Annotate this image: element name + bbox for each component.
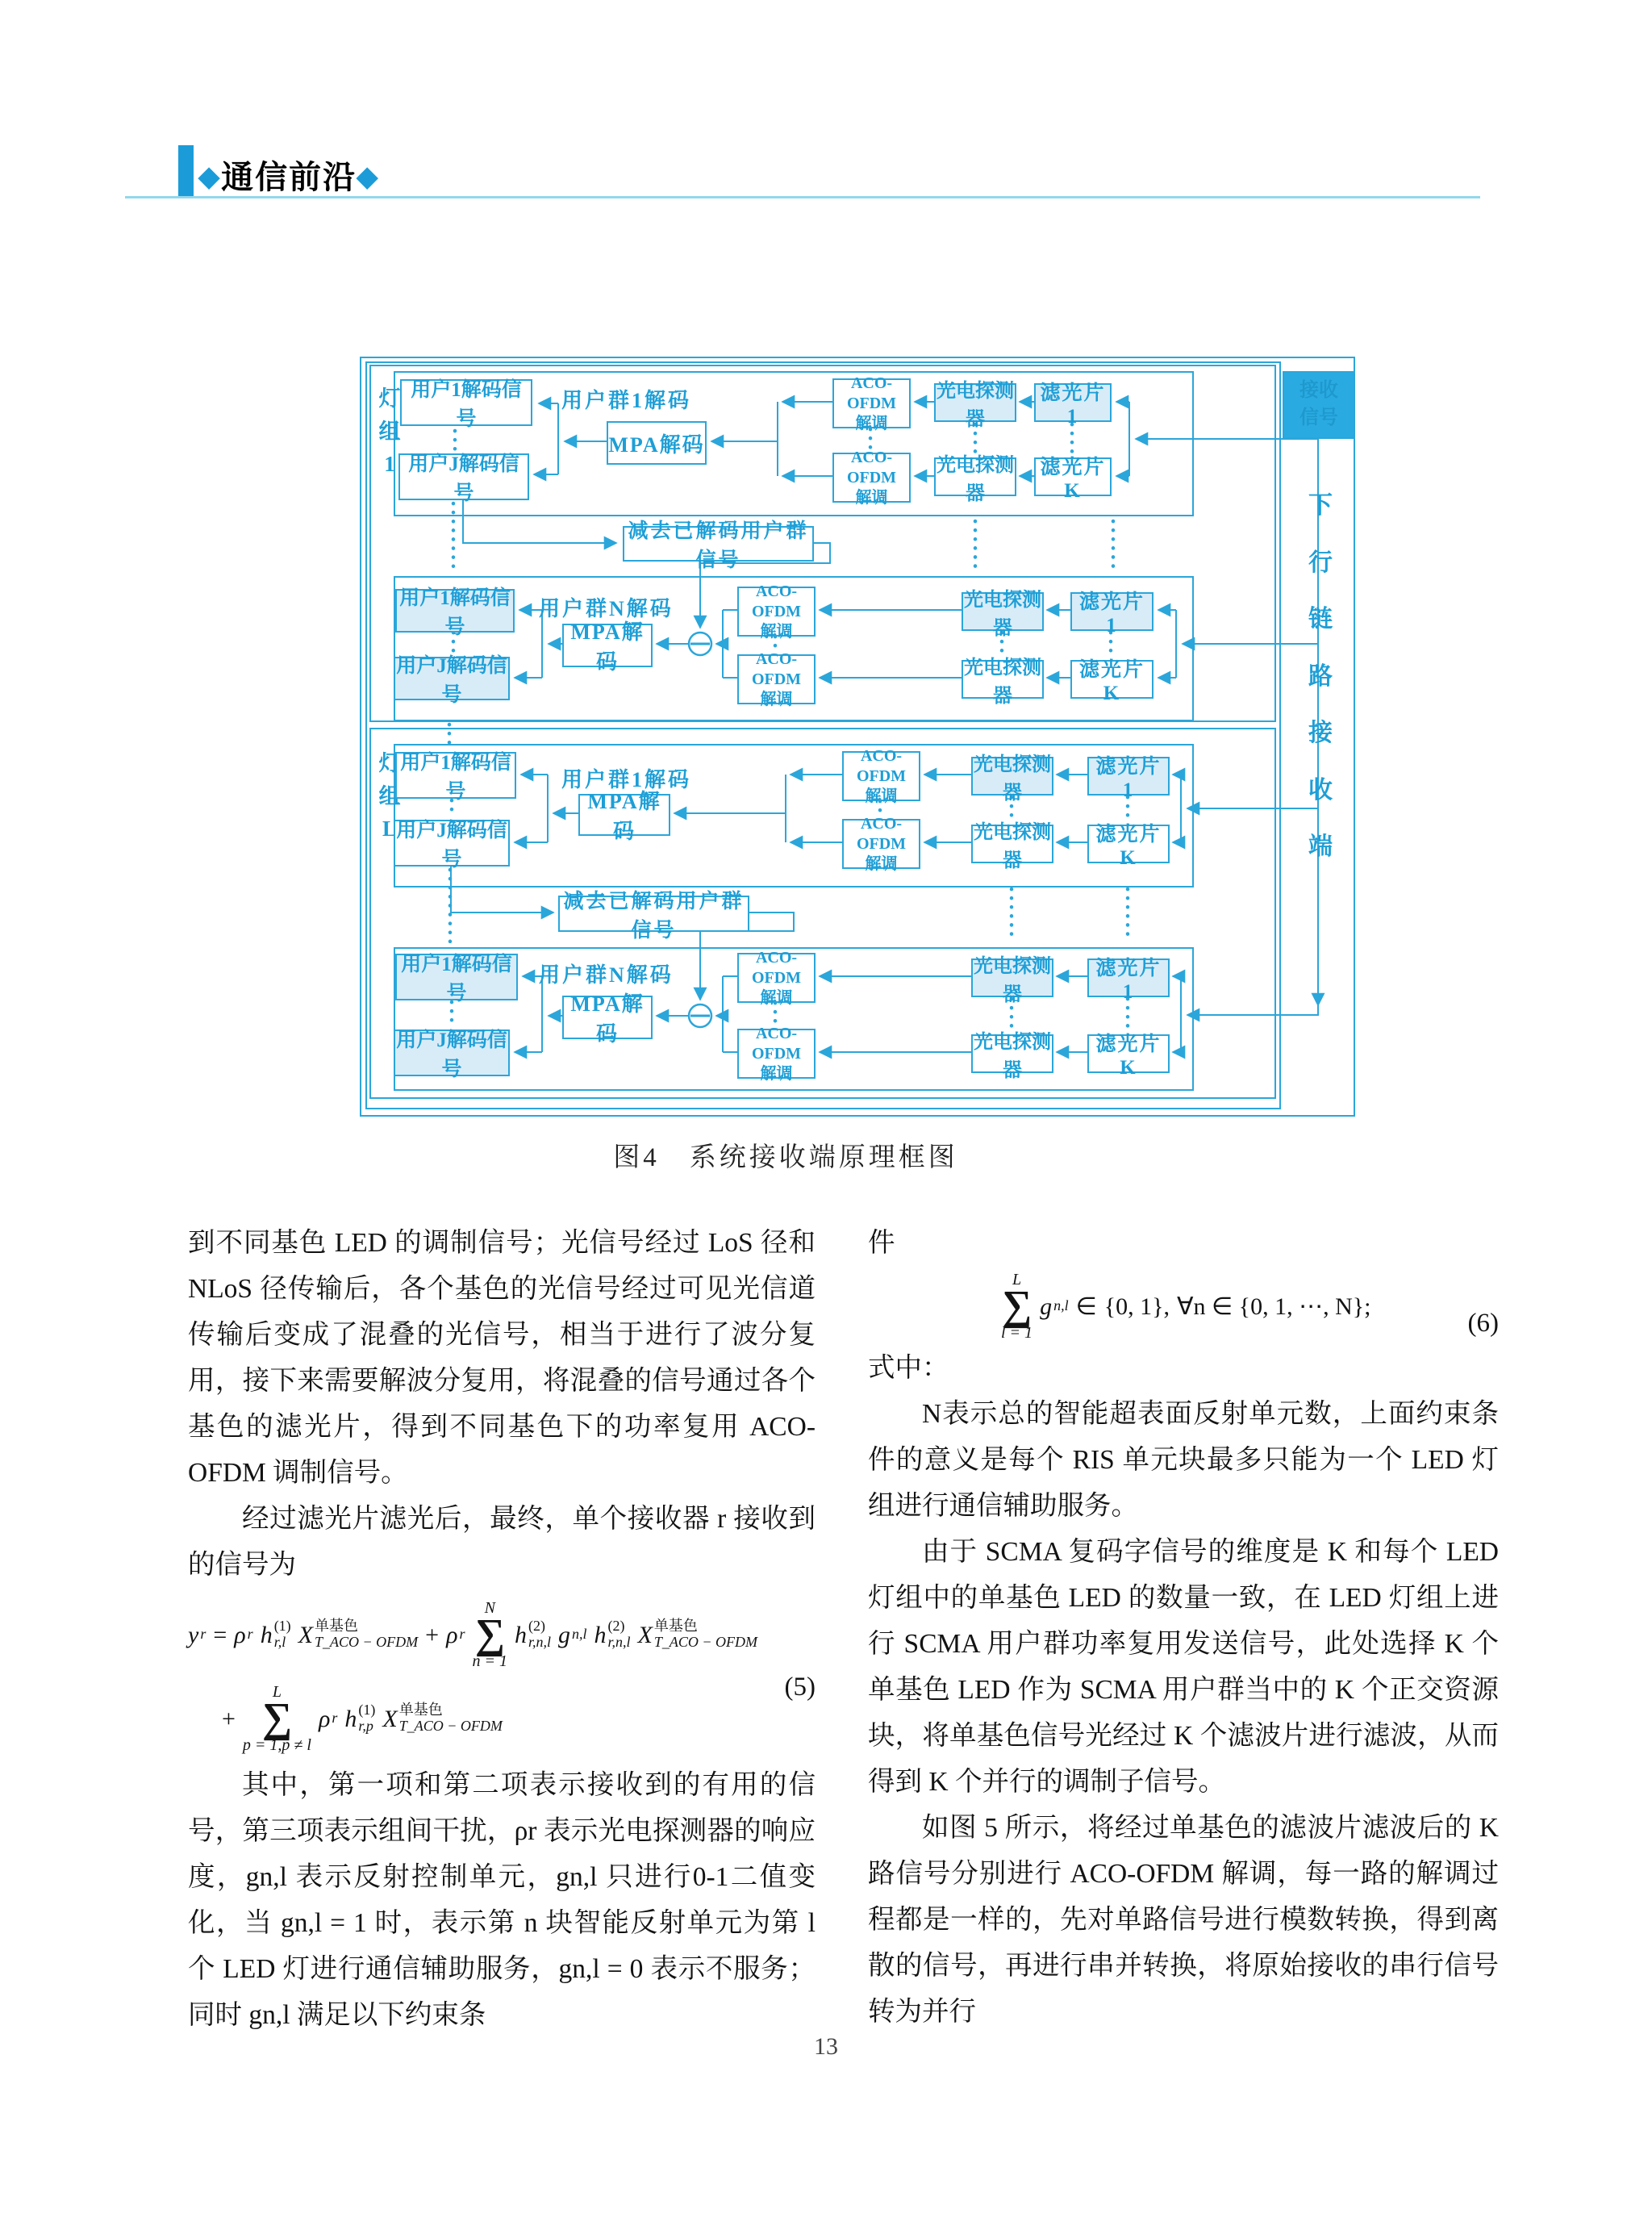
formula-token: ∀n ∈ {0, 1, ⋯, N}; [1177, 1284, 1370, 1330]
aco-ofdm-demod-box: ACO- OFDM 解调 [832, 453, 911, 503]
photodetector-box: 光电探测器 [934, 457, 1016, 496]
filter-K-box: 滤光片 K [1070, 660, 1153, 699]
formula-token: ρr [446, 1612, 465, 1658]
section-banner: ◆通信前沿◆ [198, 152, 379, 198]
photodetector-box: 光电探测器 [962, 660, 1044, 699]
filter-1-box: 滤光片 1 [1034, 383, 1112, 422]
formula-token: + [425, 1612, 439, 1658]
userJ-decoded-box: 用户J解码信号 [398, 453, 529, 500]
user-group-decode-label: 用户群N解码 [539, 958, 674, 988]
diamond-icon: ◆ [357, 161, 379, 192]
formula-token: ρr [234, 1612, 252, 1658]
paragraph: 件 [868, 1220, 1499, 1266]
paragraph: 经过滤光片滤光后，最终，单个接收器 r 接收到的信号为 [188, 1496, 816, 1588]
received-signal-box: 接收 信号 [1283, 371, 1355, 439]
equation-6-line: L∑l = 1gn,l∈{0, 1},∀n ∈ {0, 1, ⋯, N}; [1001, 1271, 1499, 1342]
formula-token: L∑p = 1,p ≠ l [243, 1683, 311, 1754]
equation-5: yr=ρrh(1)r,lX单基色T_ACO − OFDM+ρrN∑n = 1h(… [188, 1599, 816, 1754]
user-group-decode-label: 用户群1解码 [561, 384, 691, 414]
aco-ofdm-demod-box: ACO- OFDM 解调 [737, 953, 816, 1003]
formula-token: ∈ [1076, 1284, 1097, 1330]
figure4-caption: 图4 系统接收端原理框图 [358, 1136, 1213, 1174]
paragraph: 式中： [868, 1345, 1499, 1391]
paragraph: 到不同基色 LED 的调制信号；光信号经过 LoS 径和 NLoS 径传输后，各… [188, 1220, 816, 1496]
formula-token: = [213, 1612, 227, 1658]
formula-token: X单基色T_ACO − OFDM [382, 1696, 502, 1742]
downlink-receiver-label: 下 行 链 路 接 收 端 [1294, 478, 1347, 876]
filter-1-box: 滤光片 1 [1070, 592, 1153, 631]
user1-decoded-box: 用户1解码信号 [400, 379, 532, 426]
equation-number: (5) [785, 1664, 816, 1710]
page-number: 13 [0, 2033, 1652, 2061]
mpa-decode-box: MPA解码 [562, 624, 653, 667]
formula-token: h(1)r,p [344, 1696, 375, 1742]
formula-token: X单基色T_ACO − OFDM [638, 1612, 757, 1658]
aco-ofdm-demod-box: ACO- OFDM 解调 [737, 654, 816, 704]
formula-token: N∑n = 1 [473, 1599, 508, 1670]
header-accent-bar [178, 145, 194, 197]
formula-token: ρr [319, 1696, 337, 1742]
formula-token: gn,l [1040, 1284, 1069, 1330]
figure4-diagram: 灯 组 1 灯 组 L 下 行 链 路 接 收 端 接收 信号 用户1解码信号 … [358, 355, 1375, 1120]
header-rule [125, 196, 1480, 198]
mpa-decode-box: MPA解码 [562, 996, 653, 1039]
aco-ofdm-demod-box: ACO- OFDM 解调 [832, 378, 911, 428]
photodetector-box: 光电探测器 [971, 1034, 1053, 1073]
formula-token: h(1)r,l [261, 1612, 291, 1658]
formula-token: gn,l [558, 1612, 587, 1658]
paragraph: N表示总的智能超表面反射单元数，上面约束条件的意义是每个 RIS 单元块最多只能… [868, 1391, 1499, 1529]
userJ-decoded-box: 用户J解码信号 [394, 820, 510, 867]
equation-number: (6) [1468, 1301, 1499, 1347]
paragraph: 其中，第一项和第二项表示接收到的有用的信号，第三项表示组间干扰，ρr 表示光电探… [188, 1762, 816, 2038]
photodetector-box: 光电探测器 [971, 825, 1053, 863]
section-title: 通信前沿 [221, 160, 357, 195]
received-signal-text: 接收 信号 [1299, 378, 1338, 432]
filter-K-box: 滤光片 K [1087, 825, 1170, 863]
formula-token: L∑l = 1 [1001, 1271, 1032, 1342]
user1-decoded-box: 用户1解码信号 [395, 954, 518, 1000]
aco-ofdm-demod-box: ACO- OFDM 解调 [842, 751, 920, 801]
filter-1-box: 滤光片 1 [1087, 958, 1170, 997]
userJ-decoded-box: 用户J解码信号 [394, 657, 510, 700]
paragraph: 如图 5 所示，将经过单基色的滤波片滤波后的 K 路信号分别进行 ACO-OFD… [868, 1805, 1499, 2035]
formula-token: yr [188, 1612, 206, 1658]
formula-token: X单基色T_ACO − OFDM [298, 1612, 418, 1658]
photodetector-box: 光电探测器 [962, 592, 1044, 631]
subtract-decoded-box: 减去已解码用户群信号 [623, 526, 814, 562]
user1-decoded-box: 用户1解码信号 [395, 752, 516, 799]
equation-5-line2: +L∑p = 1,p ≠ lρrh(1)r,pX单基色T_ACO − OFDM [222, 1683, 816, 1754]
aco-ofdm-demod-box: ACO- OFDM 解调 [737, 587, 816, 637]
userJ-decoded-box: 用户J解码信号 [394, 1029, 510, 1076]
photodetector-box: 光电探测器 [971, 958, 1053, 997]
formula-token: {0, 1}, [1104, 1284, 1170, 1330]
mpa-decode-box: MPA解码 [578, 794, 670, 836]
right-column: 件 L∑l = 1gn,l∈{0, 1},∀n ∈ {0, 1, ⋯, N}; … [868, 1220, 1499, 2035]
mpa-decode-box: MPA解码 [607, 421, 707, 465]
photodetector-box: 光电探测器 [971, 757, 1053, 796]
photodetector-box: 光电探测器 [934, 383, 1016, 422]
formula-token: + [222, 1696, 236, 1742]
filter-1-box: 滤光片 1 [1087, 757, 1170, 796]
equation-5-line1: yr=ρrh(1)r,lX单基色T_ACO − OFDM+ρrN∑n = 1h(… [188, 1599, 816, 1670]
aco-ofdm-demod-box: ACO- OFDM 解调 [842, 819, 920, 869]
formula-token: h(2)r,n,l [515, 1612, 551, 1658]
aco-ofdm-demod-box: ACO- OFDM 解调 [737, 1029, 816, 1079]
diamond-icon: ◆ [198, 161, 221, 192]
paragraph: 由于 SCMA 复码字信号的维度是 K 和每个 LED 灯组中的单基色 LED … [868, 1529, 1499, 1805]
equation-6: L∑l = 1gn,l∈{0, 1},∀n ∈ {0, 1, ⋯, N}; (6… [868, 1271, 1499, 1342]
journal-page: ◆通信前沿◆ [0, 0, 1652, 2226]
user1-decoded-box: 用户1解码信号 [395, 589, 515, 633]
left-column: 到不同基色 LED 的调制信号；光信号经过 LoS 径和 NLoS 径传输后，各… [188, 1220, 816, 2038]
formula-token: h(2)r,n,l [594, 1612, 631, 1658]
subtract-decoded-box: 减去已解码用户群信号 [558, 896, 749, 932]
filter-K-box: 滤光片 K [1034, 457, 1112, 496]
filter-K-box: 滤光片 K [1087, 1034, 1170, 1073]
